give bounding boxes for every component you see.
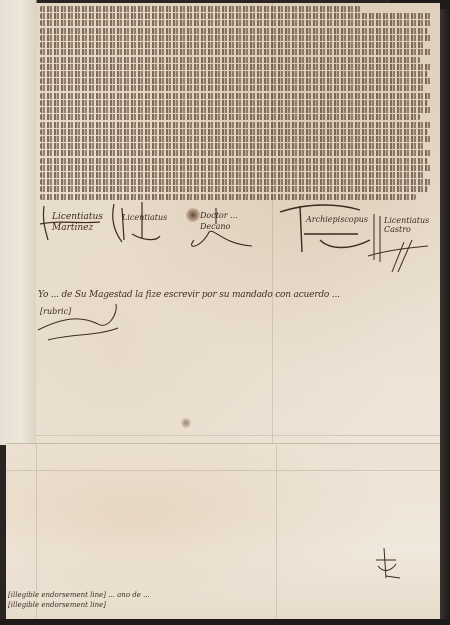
rubric-flourish-icon — [372, 548, 402, 580]
manuscript-line: [illegible manuscript text] — [40, 6, 361, 12]
manuscript-line: [illegible manuscript text] — [40, 194, 416, 200]
manuscript-line: [illegible manuscript text] — [40, 71, 428, 77]
manuscript-line: [illegible manuscript text] — [40, 179, 432, 185]
manuscript-line: [illegible manuscript text] — [40, 28, 428, 34]
manuscript-line: [illegible manuscript text] — [40, 20, 432, 26]
document-scan: [illegible manuscript text] [illegible m… — [0, 0, 450, 625]
manuscript-line: [illegible manuscript text] — [40, 64, 432, 70]
scan-background-bottom — [0, 619, 450, 625]
endorsement-line: [illegible endorsement line] — [8, 600, 428, 610]
manuscript-line: [illegible manuscript text] — [40, 42, 424, 48]
manuscript-line: [illegible manuscript text] — [40, 114, 420, 120]
manuscript-line: [illegible manuscript text] — [40, 100, 428, 106]
signature-4: Archiepiscopus — [280, 200, 376, 252]
manuscript-line: [illegible manuscript text] — [40, 93, 432, 99]
secretary-notation: Yo ... de Su Magestad la fize escrevir p… — [38, 290, 428, 300]
signature-5: Licentiatus Castro — [368, 212, 440, 272]
manuscript-line: [illegible manuscript text] — [40, 35, 432, 41]
manuscript-line: [illegible manuscript text] — [40, 107, 432, 113]
manuscript-line: [illegible manuscript text] — [40, 13, 432, 19]
scan-background-right — [440, 9, 450, 625]
fold-line — [36, 435, 440, 436]
ink-stain — [181, 418, 191, 428]
manuscript-line: [illegible manuscript text] — [40, 57, 420, 63]
signature-flourish-icon — [280, 200, 376, 252]
manuscript-line: [illegible manuscript text] — [40, 136, 432, 142]
manuscript-line: [illegible manuscript text] — [40, 122, 432, 128]
manuscript-line: [illegible manuscript text] — [40, 172, 424, 178]
secretary-rubric: [rubric] — [38, 300, 128, 340]
manuscript-line: [illegible manuscript text] — [40, 78, 432, 84]
manuscript-line: [illegible manuscript text] — [40, 85, 424, 91]
endorsement-line: [illegible endorsement line] ... ano de … — [8, 590, 428, 600]
manuscript-line: [illegible manuscript text] — [40, 150, 432, 156]
manuscript-line: [illegible manuscript text] — [40, 143, 424, 149]
manuscript-line: [illegible manuscript text] — [40, 49, 432, 55]
bottom-rubric — [372, 548, 402, 580]
manuscript-line: [illegible manuscript text] — [40, 165, 432, 171]
manuscript-line: [illegible manuscript text] — [40, 186, 428, 192]
manuscript-line: [illegible manuscript text] — [40, 129, 428, 135]
manuscript-text-block: [illegible manuscript text] [illegible m… — [40, 6, 432, 200]
left-folded-margin — [0, 0, 37, 445]
signature-3: Doctor ... Decano — [186, 204, 256, 250]
manuscript-line: [illegible manuscript text] — [40, 158, 428, 164]
signature-2: Licentiatus — [112, 198, 162, 242]
fold-line — [6, 470, 440, 471]
bottom-endorsement: [illegible endorsement line] ... ano de … — [8, 590, 428, 610]
